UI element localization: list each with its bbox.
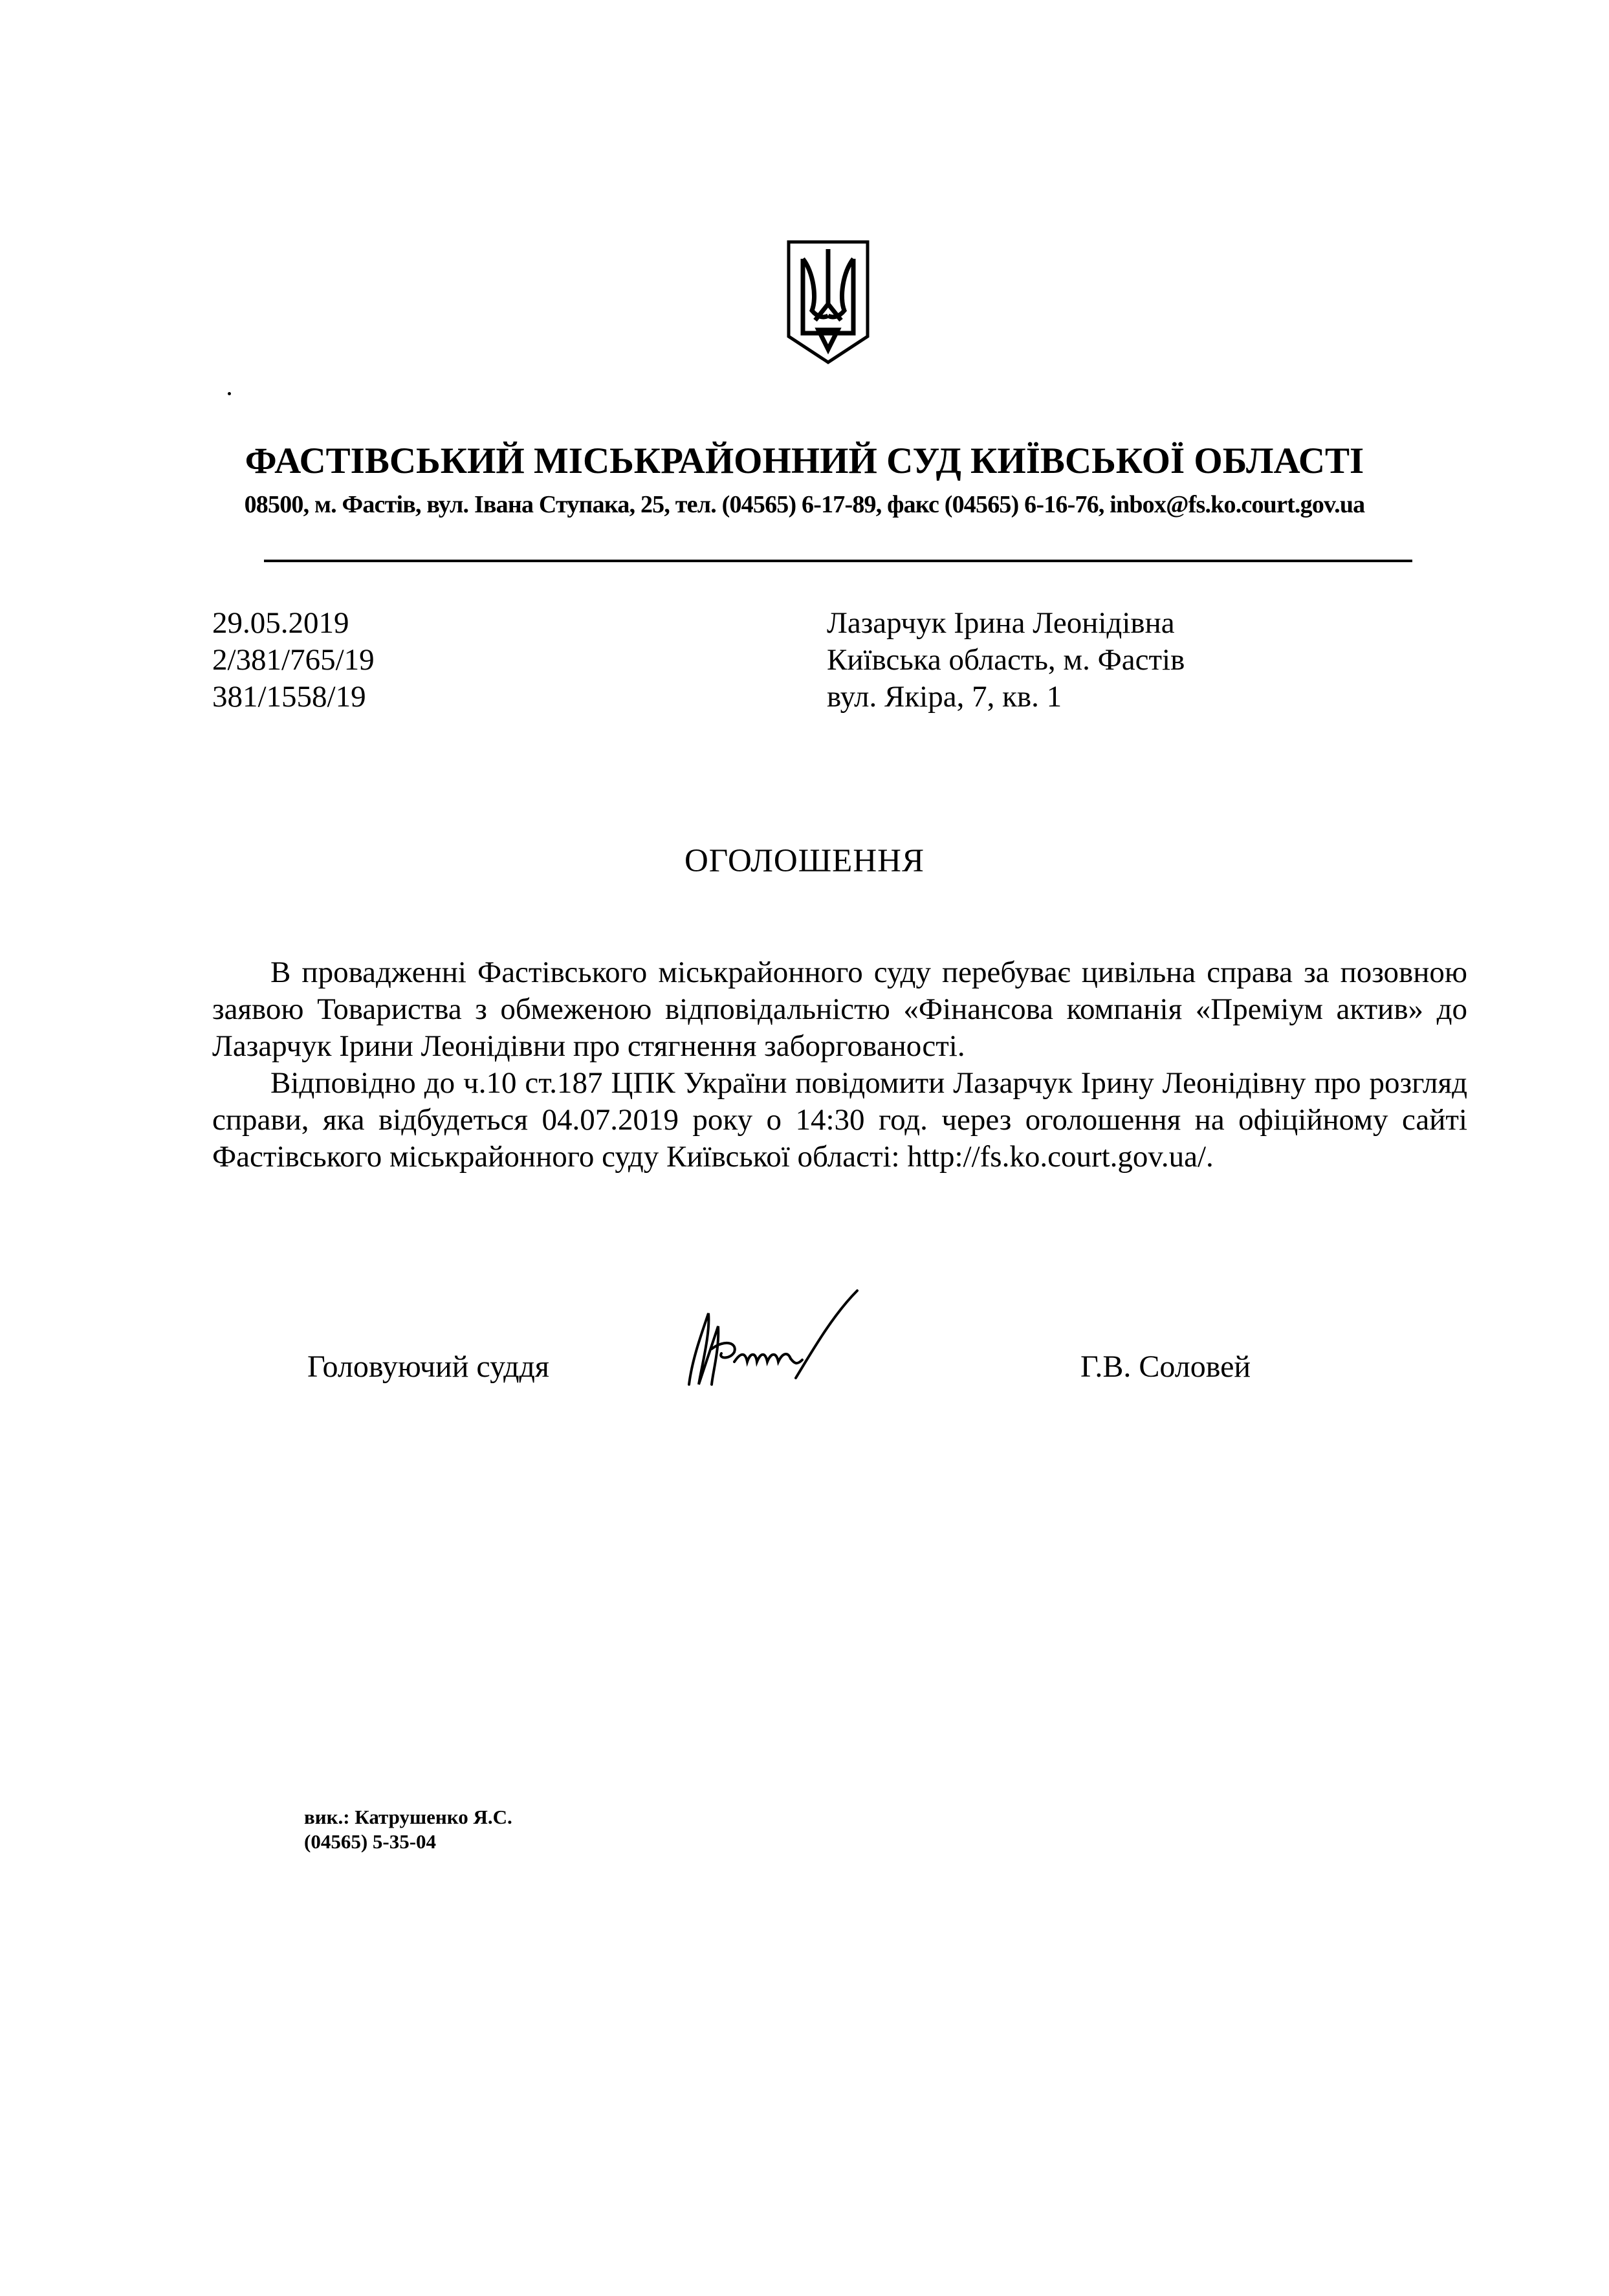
signer-role: Головуючий суддя: [307, 1349, 549, 1384]
recipient-street: вул. Якіра, 7, кв. 1: [827, 679, 1185, 716]
executor-block: вик.: Катрушенко Я.С. (04565) 5-35-04: [304, 1805, 512, 1854]
handwritten-signature-icon: [673, 1287, 919, 1397]
document-meta: 29.05.2019 2/381/765/19 381/1558/19: [212, 605, 375, 716]
document-date: 29.05.2019: [212, 605, 375, 642]
recipient-name: Лазарчук Ірина Леонідівна: [827, 605, 1185, 642]
header-divider: [264, 560, 1412, 562]
court-address: 08500, м. Фастів, вул. Івана Ступака, 25…: [0, 490, 1609, 519]
signer-name: Г.В. Соловей: [1080, 1349, 1251, 1384]
document-body: В провадженні Фастівського міськрайонног…: [212, 954, 1467, 1175]
recipient-block: Лазарчук Ірина Леонідівна Київська облас…: [827, 605, 1185, 716]
body-paragraph: Відповідно до ч.10 ст.187 ЦПК України по…: [212, 1065, 1467, 1175]
ukraine-trident-coat-of-arms-icon: [786, 239, 870, 366]
recipient-city: Київська область, м. Фастів: [827, 642, 1185, 679]
executor-phone: (04565) 5-35-04: [304, 1830, 512, 1854]
court-name: ФАСТІВСЬКИЙ МІСЬКРАЙОННИЙ СУД КИЇВСЬКОЇ …: [0, 440, 1609, 482]
body-paragraph: В провадженні Фастівського міськрайонног…: [212, 954, 1467, 1065]
executor-name: вик.: Катрушенко Я.С.: [304, 1805, 512, 1830]
scan-artifact: [228, 392, 231, 395]
outgoing-number: 381/1558/19: [212, 679, 375, 716]
document-title: ОГОЛОШЕННЯ: [0, 842, 1609, 880]
case-number: 2/381/765/19: [212, 642, 375, 679]
